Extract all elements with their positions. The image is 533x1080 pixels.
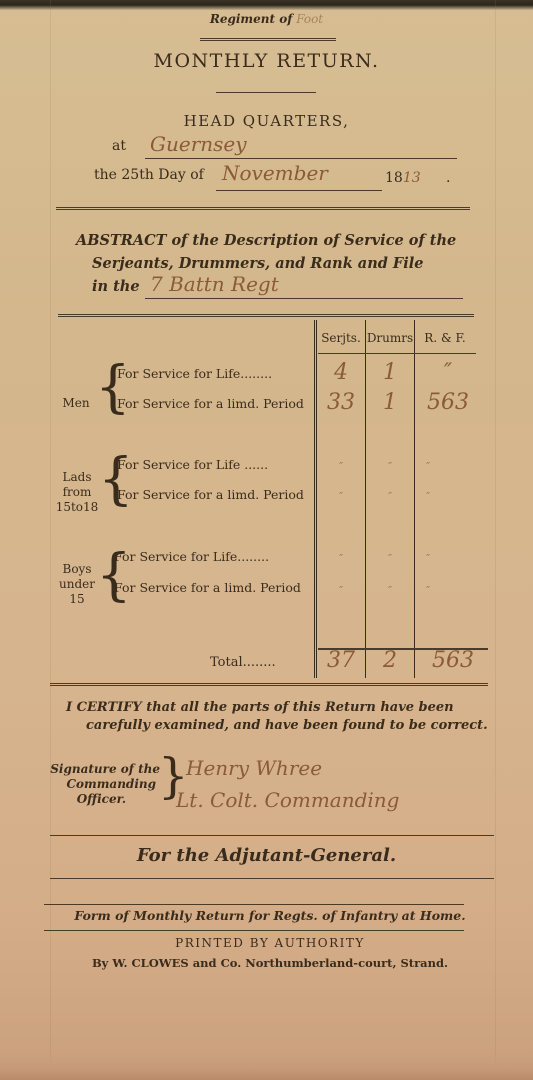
document-page: Regiment of Foot MONTHLY RETURN. HEAD QU…	[0, 0, 533, 1080]
group-label-line: 15to18	[54, 500, 100, 515]
year-field: 1813	[385, 170, 421, 186]
divider	[44, 930, 464, 931]
certify-line-1: I CERTIFY that all the parts of this Ret…	[66, 700, 454, 715]
month-value: November	[222, 161, 328, 185]
group-label-line: 15	[54, 592, 100, 607]
section-divider	[56, 207, 470, 210]
cell-value: ″	[404, 490, 452, 503]
divider	[50, 878, 494, 879]
signature-name: Henry Whree	[186, 756, 322, 780]
cell-value: ″	[317, 490, 365, 503]
header-underline	[318, 353, 476, 354]
cell-value: ″	[404, 552, 452, 565]
cell-value: 1	[366, 360, 414, 385]
cell-value: 563	[420, 390, 476, 415]
printer-credit: By W. CLOWES and Co. Northumberland-cour…	[30, 956, 510, 970]
regiment-value: Foot	[296, 12, 323, 26]
row-label: For Service for a limd. Period	[117, 396, 304, 411]
column-header-rank-and-file: R. & F.	[416, 331, 474, 345]
at-label: at	[112, 138, 126, 154]
divider	[50, 835, 494, 836]
total-label: Total........	[210, 655, 276, 670]
group-label-line: Boys	[54, 562, 100, 577]
row-label: For Service for a limd. Period	[117, 487, 304, 502]
row-label: For Service for a limd. Period	[114, 580, 301, 595]
divider	[44, 904, 464, 905]
location-underline	[145, 158, 457, 159]
certify-line-2: carefully examined, and have been found …	[86, 718, 488, 733]
total-drummers: 2	[366, 648, 414, 673]
location-value: Guernsey	[150, 132, 247, 156]
cell-value: ″	[404, 584, 452, 597]
page-bottom-edge	[0, 1050, 533, 1080]
row-label: For Service for Life........	[117, 366, 272, 381]
page-top-edge	[0, 0, 533, 10]
cell-value: 4	[317, 360, 365, 385]
cell-value: 33	[317, 390, 365, 415]
divider	[216, 92, 316, 93]
signature-rank: Lt. Colt. Commanding	[176, 788, 400, 812]
total-serjeants: 37	[317, 648, 365, 673]
group-label-lads: Lads from 15to18	[54, 470, 100, 515]
form-title: Form of Monthly Return for Regts. of Inf…	[30, 908, 510, 923]
column-header-serjeants: Serjts.	[318, 331, 364, 345]
signature-label-line: Signature of the	[44, 762, 160, 777]
group-label-line: from	[54, 485, 100, 500]
cell-value: ″	[317, 584, 365, 597]
signature-label-line: Officer.	[44, 792, 160, 807]
divider	[200, 38, 336, 41]
column-header-drummers: Drumrs	[366, 331, 414, 345]
group-label-line: Lads	[54, 470, 100, 485]
cell-value: ″	[404, 460, 452, 473]
hq-label: HEAD QUARTERS,	[0, 112, 533, 130]
total-rank-and-file: 563	[420, 648, 486, 673]
adjutant-general-label: For the Adjutant-General.	[0, 845, 533, 866]
group-label-men: Men	[56, 396, 96, 411]
regiment-line: Regiment of Foot	[0, 12, 533, 26]
printed-by-authority: PRINTED BY AUTHORITY	[30, 936, 510, 950]
row-label: For Service for Life ......	[117, 457, 268, 472]
group-label-line: under	[54, 577, 100, 592]
regiment-label: Regiment of	[210, 12, 293, 26]
page-title: MONTHLY RETURN.	[0, 50, 533, 72]
table-bottom-divider	[50, 683, 488, 686]
date-end: .	[446, 170, 450, 186]
unit-value: 7 Battn Regt	[150, 272, 279, 296]
table-top-divider	[58, 314, 474, 317]
signature-label-line: Commanding	[44, 777, 160, 792]
year-prefix: 18	[385, 170, 403, 186]
cell-value: ″	[420, 360, 476, 385]
group-label-boys: Boys under 15	[54, 562, 100, 607]
year-value: 13	[403, 170, 421, 186]
row-label: For Service for Life........	[114, 549, 269, 564]
signature-label: Signature of the Commanding Officer.	[44, 762, 160, 807]
cell-value: ″	[317, 552, 365, 565]
date-prefix: the 25th Day of	[94, 167, 204, 183]
abstract-line-2: Serjeants, Drummers, and Rank and File	[92, 255, 423, 272]
cell-value: 1	[366, 390, 414, 415]
cell-value: ″	[317, 460, 365, 473]
abstract-line-3-prefix: in the	[92, 278, 140, 295]
unit-underline	[145, 298, 463, 299]
abstract-line-1: ABSTRACT of the Description of Service o…	[76, 232, 456, 249]
month-underline	[216, 190, 382, 191]
